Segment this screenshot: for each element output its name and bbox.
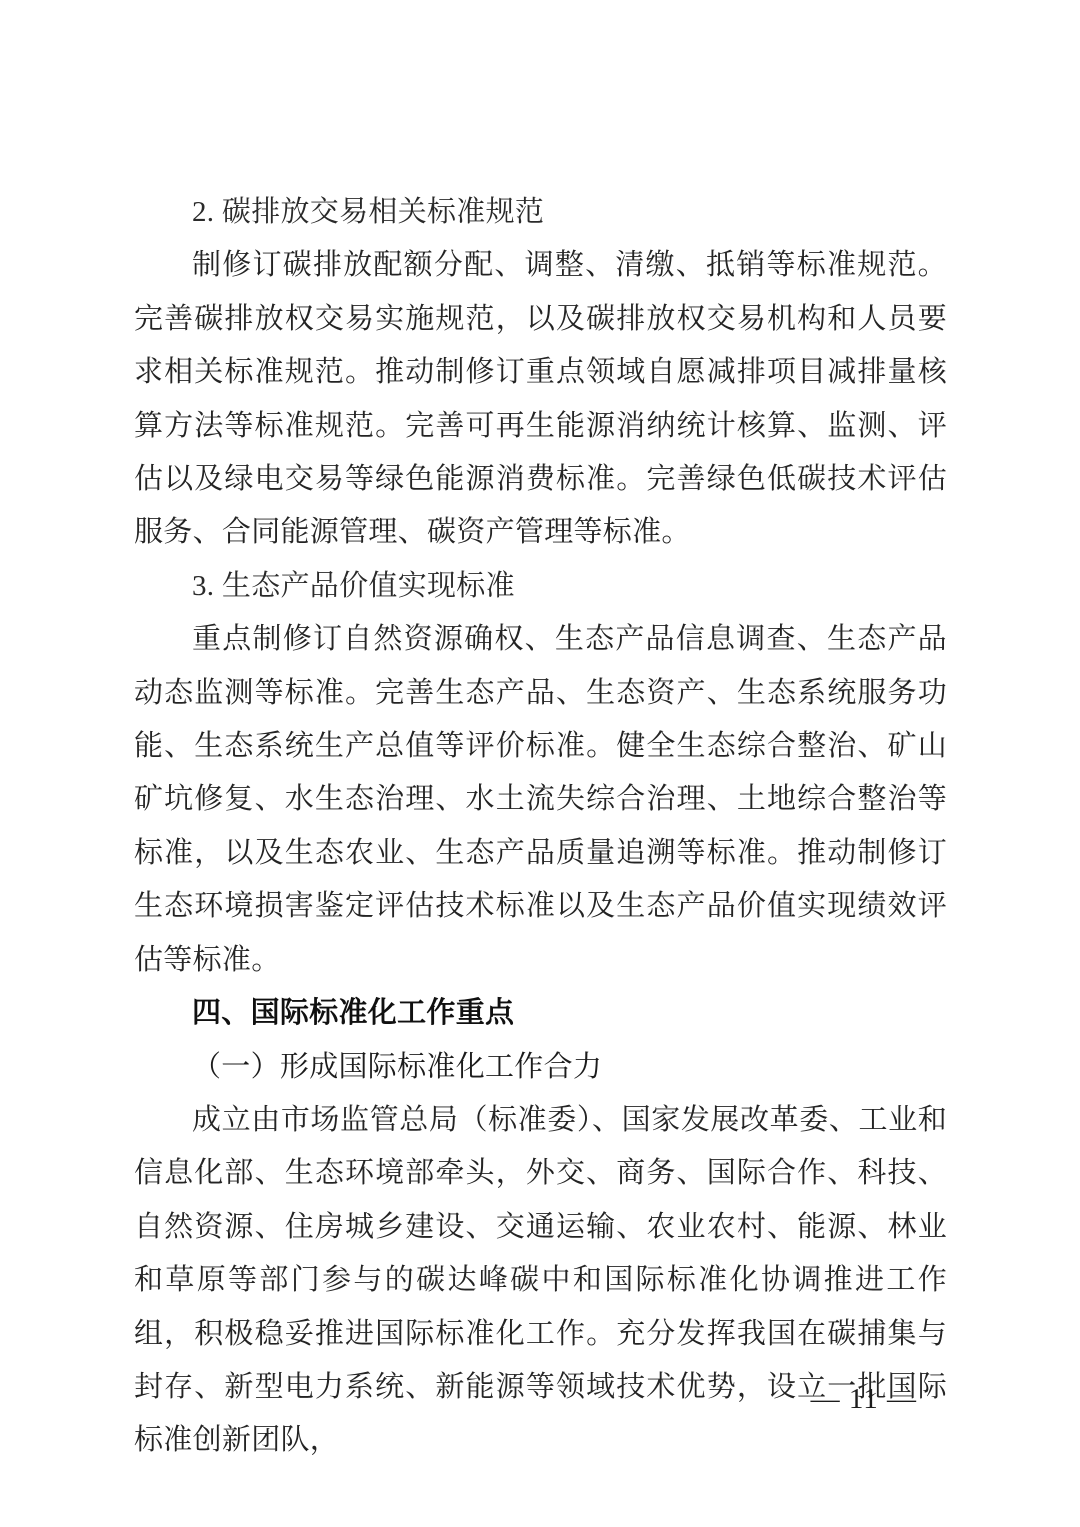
paragraph-carbon-trading-standards: 制修订碳排放配额分配、调整、清缴、抵销等标准规范。完善碳排放权交易实施规范，以及… [134, 239, 947, 559]
section-heading-international-standardization: 四、国际标准化工作重点 [134, 987, 947, 1040]
subsection-heading-joint-force: （一）形成国际标准化工作合力 [134, 1041, 947, 1094]
paragraph-eco-product-value-standards: 重点制修订自然资源确权、生态产品信息调查、生态产品动态监测等标准。完善生态产品、… [134, 613, 947, 987]
document-body: 2. 碳排放交易相关标准规范 制修订碳排放配额分配、调整、清缴、抵销等标准规范。… [134, 186, 947, 1468]
numbered-heading-carbon-trading-standards: 2. 碳排放交易相关标准规范 [134, 186, 947, 239]
page-number: — 11 — [811, 1382, 917, 1416]
document-page: 2. 碳排放交易相关标准规范 制修订碳排放配额分配、调整、清缴、抵销等标准规范。… [0, 0, 1080, 1527]
numbered-heading-eco-product-value-standards: 3. 生态产品价值实现标准 [134, 560, 947, 613]
